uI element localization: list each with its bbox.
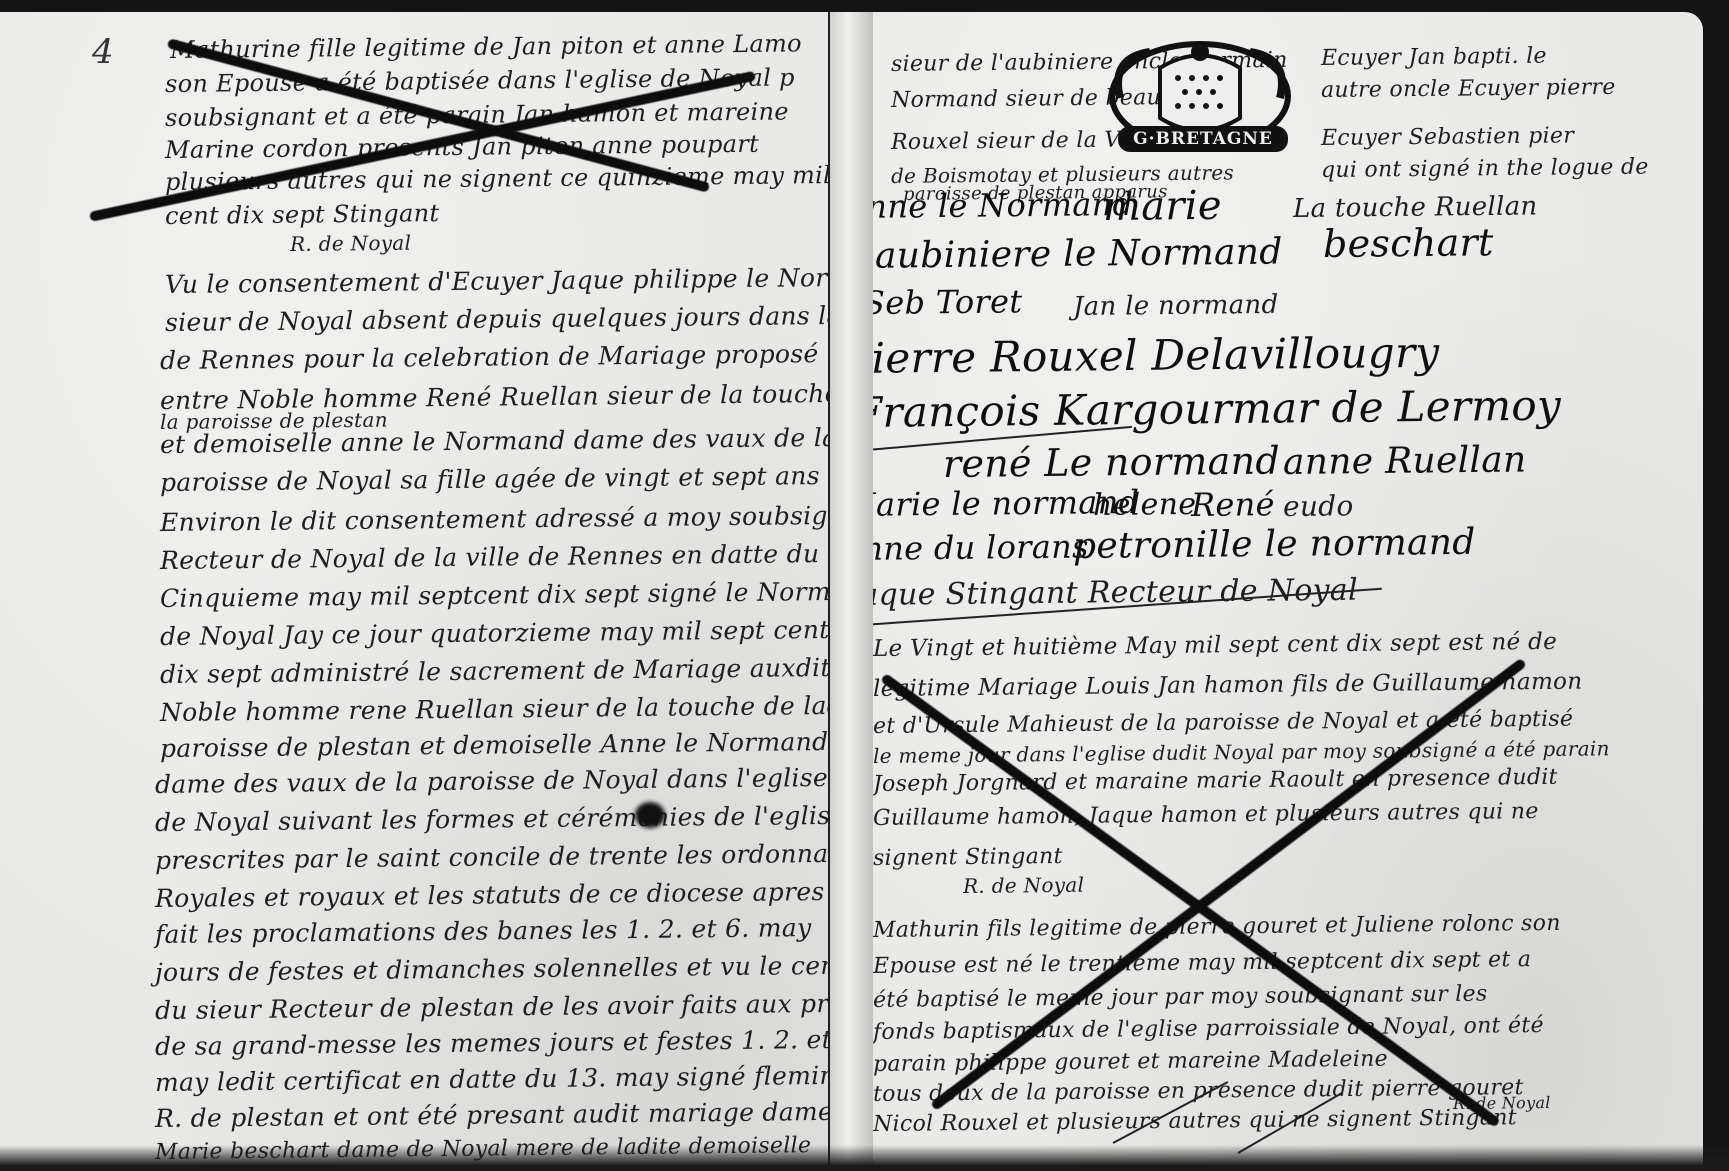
text-line: paroisse de Noyal sa fille agée de vingt… xyxy=(160,461,831,497)
tax-stamp: G·BRETAGNE xyxy=(1100,38,1300,156)
text-line: Le Vingt et huitième May mil sept cent d… xyxy=(873,629,1557,662)
signature: anne du lorans xyxy=(873,527,1089,568)
signature: Seb Toret xyxy=(873,282,1023,322)
signature: Anne le Normand xyxy=(873,185,1134,226)
folio-number: 4 xyxy=(92,32,114,72)
text-line: de sa grand-messe les memes jours et fes… xyxy=(155,1025,831,1061)
text-line: autre oncle Ecuyer pierre xyxy=(1321,75,1616,103)
text-line: fait les proclamations des banes les 1. … xyxy=(155,913,812,949)
text-line: parain philippe gouret et mareine Madele… xyxy=(873,1047,1388,1077)
text-line: Guillaume hamon, Jaque hamon et plusieur… xyxy=(873,799,1539,831)
signature: beschart xyxy=(1323,220,1494,266)
text-line: dame des vaux de la paroisse de Noyal da… xyxy=(155,762,831,799)
text-line: cent dix sept Stingant xyxy=(165,199,440,230)
text-line: de Noyal Jay ce jour quatorzieme may mil… xyxy=(160,615,830,651)
right-page: sieur de l'aubiniere oncle Germain Norma… xyxy=(873,12,1703,1171)
text-line: Cinquieme may mil septcent dix sept sign… xyxy=(160,577,831,613)
signature: René xyxy=(1191,485,1275,524)
signature: rené Le normand xyxy=(943,438,1280,486)
signature: Jan le normand xyxy=(1073,290,1279,322)
text-line: signent Stingant xyxy=(873,844,1063,871)
text-line: et d'Ursule Mahieust de la paroisse de N… xyxy=(873,707,1573,739)
scan-bottom-edge xyxy=(0,1145,1729,1171)
text-line: Nicol Rouxel et plusieurs autres qui ne … xyxy=(873,1105,1517,1137)
signature: R. de Noyal xyxy=(963,873,1084,898)
text-line: du sieur Recteur de plestan de les avoir… xyxy=(155,988,831,1025)
text-line: jours de festes et dimanches solennelles… xyxy=(155,950,831,987)
text-line: Noble homme rene Ruellan sieur de la tou… xyxy=(160,690,831,727)
signature: R. de Noyal xyxy=(290,231,411,256)
text-line: Environ le dit consentement adressé a mo… xyxy=(160,500,831,537)
text-line: Ecuyer Jan bapti. le xyxy=(1321,44,1547,71)
text-line: may ledit certificat en datte du 13. may… xyxy=(155,1061,831,1097)
ink-blot xyxy=(635,802,665,828)
stamp-label: G·BRETAGNE xyxy=(1118,126,1288,152)
signature: helene xyxy=(1093,487,1197,523)
text-line: Ecuyer Sebastien pier xyxy=(1321,123,1574,151)
text-line: été baptisé le meme jour par moy soubsig… xyxy=(873,982,1488,1013)
text-line: Epouse est né le trentieme may mil septc… xyxy=(873,947,1531,979)
text-line: paroisse de plestan et demoiselle Anne l… xyxy=(160,727,829,763)
text-line: sieur de Noyal absent depuis quelques jo… xyxy=(165,300,831,337)
text-line: Joseph Jorgnard et maraine marie Raoult … xyxy=(873,765,1558,797)
text-line: Mathurine fille legitime de Jan piton et… xyxy=(170,29,802,64)
text-line: de Rennes pour la celebration de Mariage… xyxy=(160,339,819,375)
text-line: dix sept administré le sacrement de Mari… xyxy=(160,653,831,689)
signature: marie xyxy=(1103,183,1222,230)
binding-gutter xyxy=(828,12,878,1171)
text-line: et demoiselle anne le Normand dame des v… xyxy=(160,423,831,459)
text-line: R. de plestan et ont été presant audit m… xyxy=(155,1097,831,1133)
signature: François Kargourmar de Lermoy xyxy=(873,381,1561,437)
left-page: 4 Mathurine fille legitime de Jan piton … xyxy=(0,12,831,1171)
text-line: Vu le consentement d'Ecuyer Jaque philip… xyxy=(165,262,831,299)
text-line: Royales et royaux et les statuts de ce d… xyxy=(155,876,831,913)
signature: anne Ruellan xyxy=(1283,439,1527,483)
signature: eudo xyxy=(1283,489,1354,523)
signature: l'aubiniere le Normand xyxy=(873,232,1283,277)
signature: petronille le normand xyxy=(1073,522,1476,567)
text-line: fonds baptismaux de l'eglise parroissial… xyxy=(873,1013,1544,1045)
text-line: qui ont signé in the logue de xyxy=(1321,155,1649,183)
text-line: de Noyal suivant les formes et cérémonie… xyxy=(155,801,831,837)
text-line: prescrites par le saint concile de trent… xyxy=(155,838,831,875)
text-line: Recteur de Noyal de la ville de Rennes e… xyxy=(160,539,820,575)
signature: La touche Ruellan xyxy=(1293,191,1538,224)
signature: Pierre Rouxel Delavillougry xyxy=(873,328,1440,383)
